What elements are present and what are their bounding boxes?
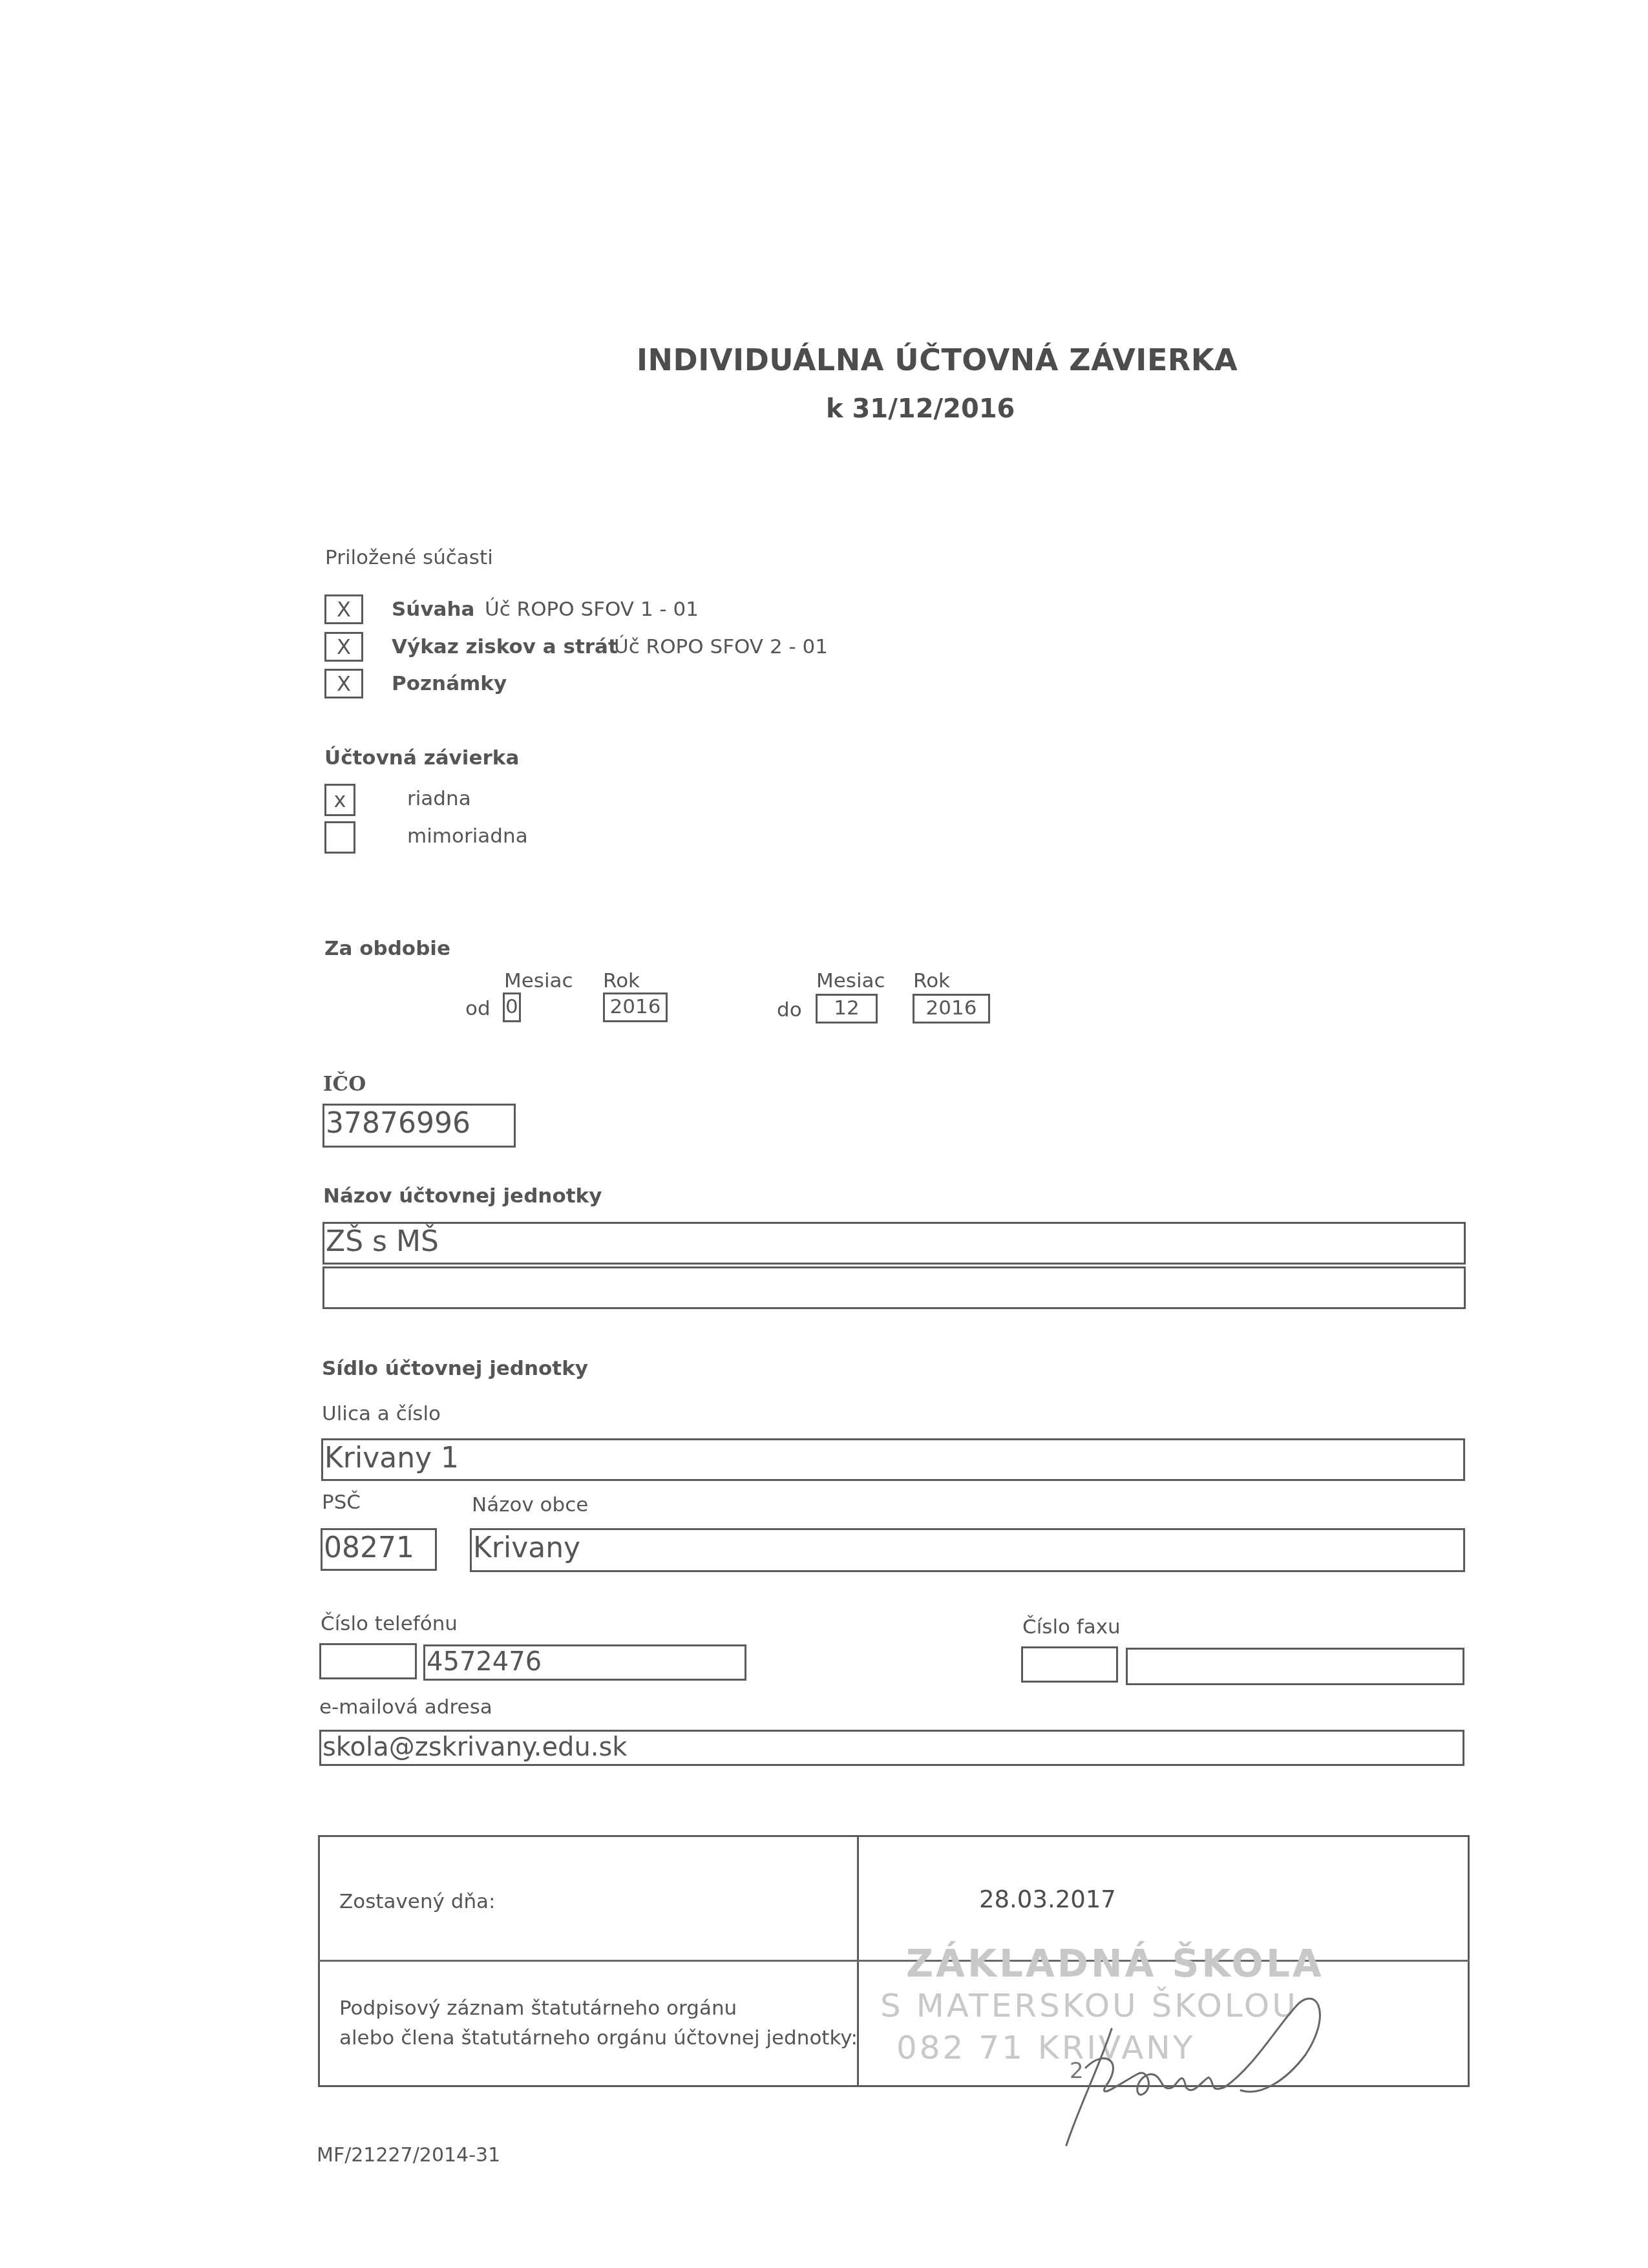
document-title: INDIVIDUÁLNA ÚČTOVNÁ ZÁVIERKA (637, 342, 1238, 377)
compiled-date-value: 28.03.2017 (979, 1885, 1116, 1913)
attachment-checkbox[interactable]: X (324, 632, 363, 662)
extraordinary-label: mimoriadna (407, 824, 528, 848)
stamp-line-1: ZÁKLADNÁ ŠKOLA (906, 1942, 1324, 1986)
from-label: od (465, 997, 491, 1020)
regular-checkbox[interactable]: x (324, 784, 355, 816)
entity-name-field-line1[interactable]: ZŠ s MŠ (322, 1222, 1466, 1265)
attachment-title: Výkaz ziskov a strát (392, 635, 618, 658)
attachment-checkbox[interactable]: X (324, 594, 363, 624)
phone-label: Číslo telefónu (321, 1612, 458, 1635)
from-year-label: Rok (603, 969, 640, 992)
street-field[interactable]: Krivany 1 (321, 1438, 1465, 1481)
form-code: MF/21227/2014-31 (317, 2144, 500, 2167)
regular-label: riadna (407, 787, 471, 810)
signature-label-line1: Podpisový záznam štatutárneho orgánu (339, 1997, 737, 2020)
compiled-date-label: Zostavený dňa: (339, 1890, 496, 1913)
email-label: e-mailová adresa (319, 1696, 492, 1719)
to-month-label: Mesiac (816, 969, 885, 992)
address-label: Sídlo účtovnej jednotky (322, 1357, 588, 1380)
entity-name-field-line2[interactable] (322, 1266, 1466, 1309)
attachment-code: Úč ROPO SFOV 1 - 01 (485, 598, 699, 621)
fax-field[interactable] (1126, 1648, 1464, 1685)
psc-field[interactable]: 08271 (321, 1528, 437, 1571)
fax-label: Číslo faxu (1022, 1615, 1121, 1639)
to-month-field[interactable]: 12 (816, 994, 878, 1024)
attachment-title: Poznámky (392, 672, 507, 695)
phone-field[interactable]: 4572476 (423, 1644, 746, 1681)
from-year-field[interactable]: 2016 (603, 992, 668, 1022)
email-field[interactable]: skola@zskrivany.edu.sk (319, 1730, 1464, 1766)
handwritten-signature-icon (995, 1990, 1383, 2158)
extraordinary-checkbox[interactable] (324, 821, 355, 854)
city-field[interactable]: Krivany (470, 1528, 1465, 1572)
to-year-field[interactable]: 2016 (913, 994, 990, 1024)
signature-label-line2: alebo člena štatutárneho orgánu účtovnej… (339, 2026, 858, 2050)
attachment-checkbox[interactable]: X (324, 669, 363, 698)
fax-prefix-field[interactable] (1021, 1646, 1118, 1683)
entity-name-label: Názov účtovnej jednotky (323, 1184, 602, 1208)
psc-label: PSČ (322, 1491, 361, 1514)
from-month-field[interactable]: 01 (503, 992, 521, 1022)
to-year-label: Rok (913, 969, 950, 992)
attachments-label: Priložené súčasti (325, 546, 493, 569)
ico-label: IČO (323, 1073, 366, 1096)
period-label: Za obdobie (324, 937, 450, 960)
ico-field[interactable]: 37876996 (322, 1104, 516, 1148)
phone-prefix-field[interactable] (319, 1643, 417, 1679)
document-date: k 31/12/2016 (826, 394, 1015, 424)
attachment-code: Úč ROPO SFOV 2 - 01 (614, 635, 828, 658)
to-label: do (777, 998, 802, 1022)
statement-type-label: Účtovná závierka (324, 746, 519, 770)
attachment-title: Súvaha (392, 598, 475, 621)
street-label: Ulica a číslo (322, 1402, 441, 1425)
from-month-label: Mesiac (504, 969, 573, 992)
city-label: Názov obce (472, 1493, 588, 1517)
